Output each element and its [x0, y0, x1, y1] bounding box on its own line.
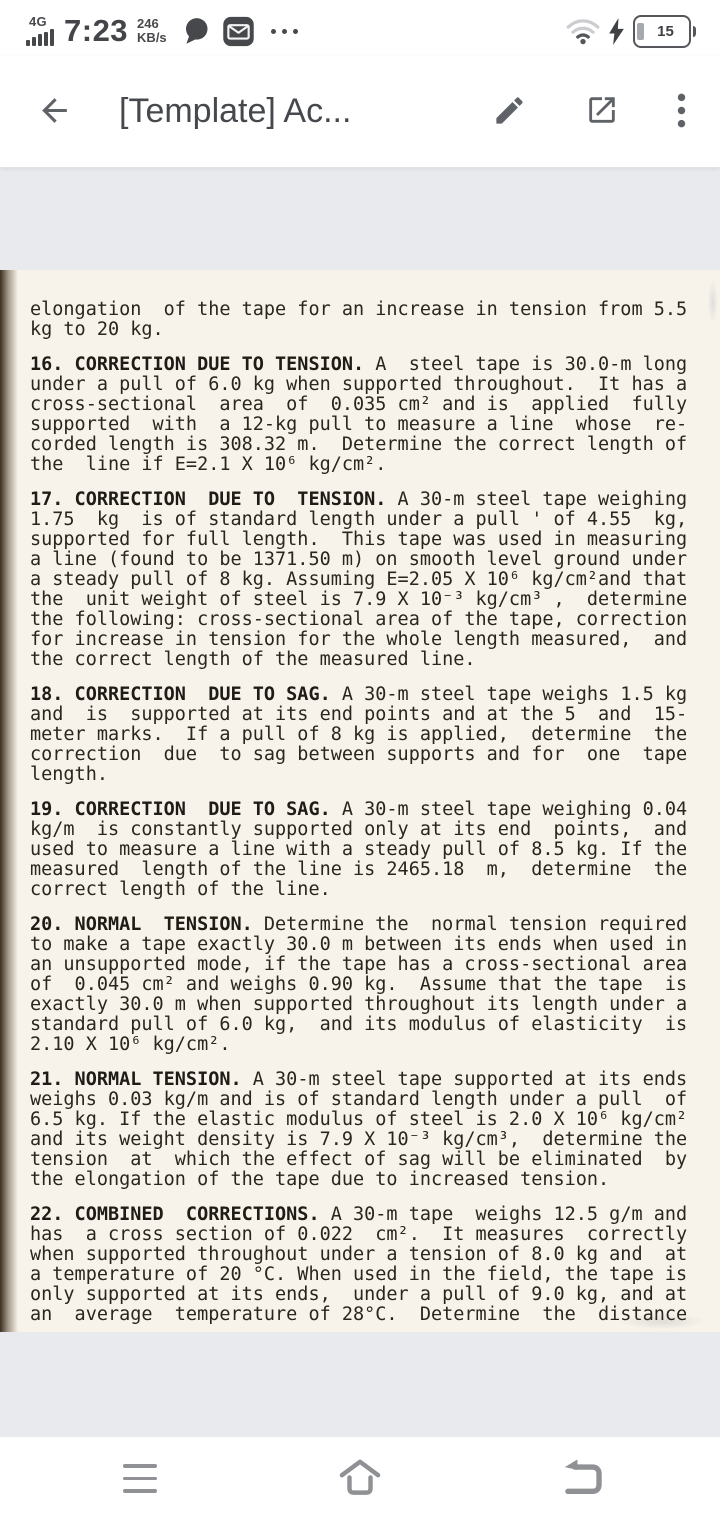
- nav-menu-button[interactable]: [100, 1448, 180, 1510]
- document-paragraph: elongation of the tape for an increase i…: [30, 300, 712, 340]
- edit-button[interactable]: [492, 93, 527, 131]
- paragraph-body: A 30-m steel tape weighing 1.75 kg is of…: [30, 489, 687, 670]
- open-in-new-button[interactable]: [585, 93, 619, 130]
- battery-icon: 15: [633, 15, 696, 48]
- battery-charge-fill: [637, 23, 644, 40]
- home-icon: [337, 1456, 383, 1502]
- message-app-icon: [222, 15, 255, 48]
- back-arrow-icon: [36, 92, 73, 132]
- page-text: elongation of the tape for an increase i…: [0, 270, 720, 1325]
- paragraph-heading: 22. COMBINED CORRECTIONS.: [30, 1204, 320, 1225]
- return-back-icon: [554, 1455, 606, 1503]
- document-title: [Template] Ac...: [119, 92, 351, 131]
- chat-bubble-icon: [181, 16, 211, 46]
- nav-home-button[interactable]: [320, 1448, 400, 1510]
- android-nav-bar: [0, 1437, 720, 1520]
- paragraph-heading: 16. CORRECTION DUE TO TENSION.: [30, 354, 364, 375]
- document-page: elongation of the tape for an increase i…: [0, 270, 720, 1332]
- paragraph-heading: 20. NORMAL TENSION.: [30, 914, 253, 935]
- screen: 4G 7:23 246 KB/s: [0, 0, 720, 1520]
- wifi-icon: [566, 18, 600, 45]
- document-paragraph: 20. NORMAL TENSION. Determine the normal…: [30, 915, 712, 1055]
- paragraph-heading: 21. NORMAL TENSION.: [30, 1069, 242, 1090]
- paragraph-heading: 19. CORRECTION DUE TO SAG.: [30, 799, 331, 820]
- paragraph-body: Determine the normal tension required to…: [30, 914, 687, 1055]
- document-paragraph: 18. CORRECTION DUE TO SAG. A 30-m steel …: [30, 685, 712, 785]
- paragraph-body: elongation of the tape for an increase i…: [30, 299, 687, 340]
- document-paragraph: 17. CORRECTION DUE TO TENSION. A 30-m st…: [30, 490, 712, 670]
- document-paragraph: 21. NORMAL TENSION. A 30-m steel tape su…: [30, 1070, 712, 1190]
- document-paragraph: 19. CORRECTION DUE TO SAG. A 30-m steel …: [30, 800, 712, 900]
- overflow-menu-icon: [677, 93, 686, 131]
- paragraph-heading: 18. CORRECTION DUE TO SAG.: [30, 684, 331, 705]
- open-in-new-icon: [585, 93, 619, 130]
- document-paragraph: 22. COMBINED CORRECTIONS. A 30-m tape we…: [30, 1205, 712, 1325]
- network-speed-value: 246: [137, 17, 167, 31]
- charging-bolt-icon: [609, 18, 624, 45]
- overflow-menu-button[interactable]: [677, 93, 686, 131]
- battery-percent: 15: [644, 23, 687, 40]
- document-viewport[interactable]: elongation of the tape for an increase i…: [0, 168, 720, 1437]
- back-button[interactable]: [36, 92, 73, 132]
- status-time: 7:23: [64, 13, 128, 49]
- network-type-label: 4G: [29, 16, 47, 28]
- network-speed-unit: KB/s: [137, 31, 167, 45]
- network-speed: 246 KB/s: [137, 17, 167, 45]
- paragraph-heading: 17. CORRECTION DUE TO TENSION.: [30, 489, 386, 510]
- document-paragraph: 16. CORRECTION DUE TO TENSION. A steel t…: [30, 355, 712, 475]
- status-bar: 4G 7:23 246 KB/s: [0, 0, 720, 56]
- cellular-signal-icon: 4G: [26, 16, 54, 46]
- menu-icon: [123, 1464, 157, 1493]
- more-notifications-icon: [271, 29, 298, 34]
- edit-pencil-icon: [492, 93, 527, 131]
- signal-bars-icon: [26, 29, 54, 46]
- nav-back-button[interactable]: [540, 1448, 620, 1510]
- app-bar: [Template] Ac...: [0, 56, 720, 168]
